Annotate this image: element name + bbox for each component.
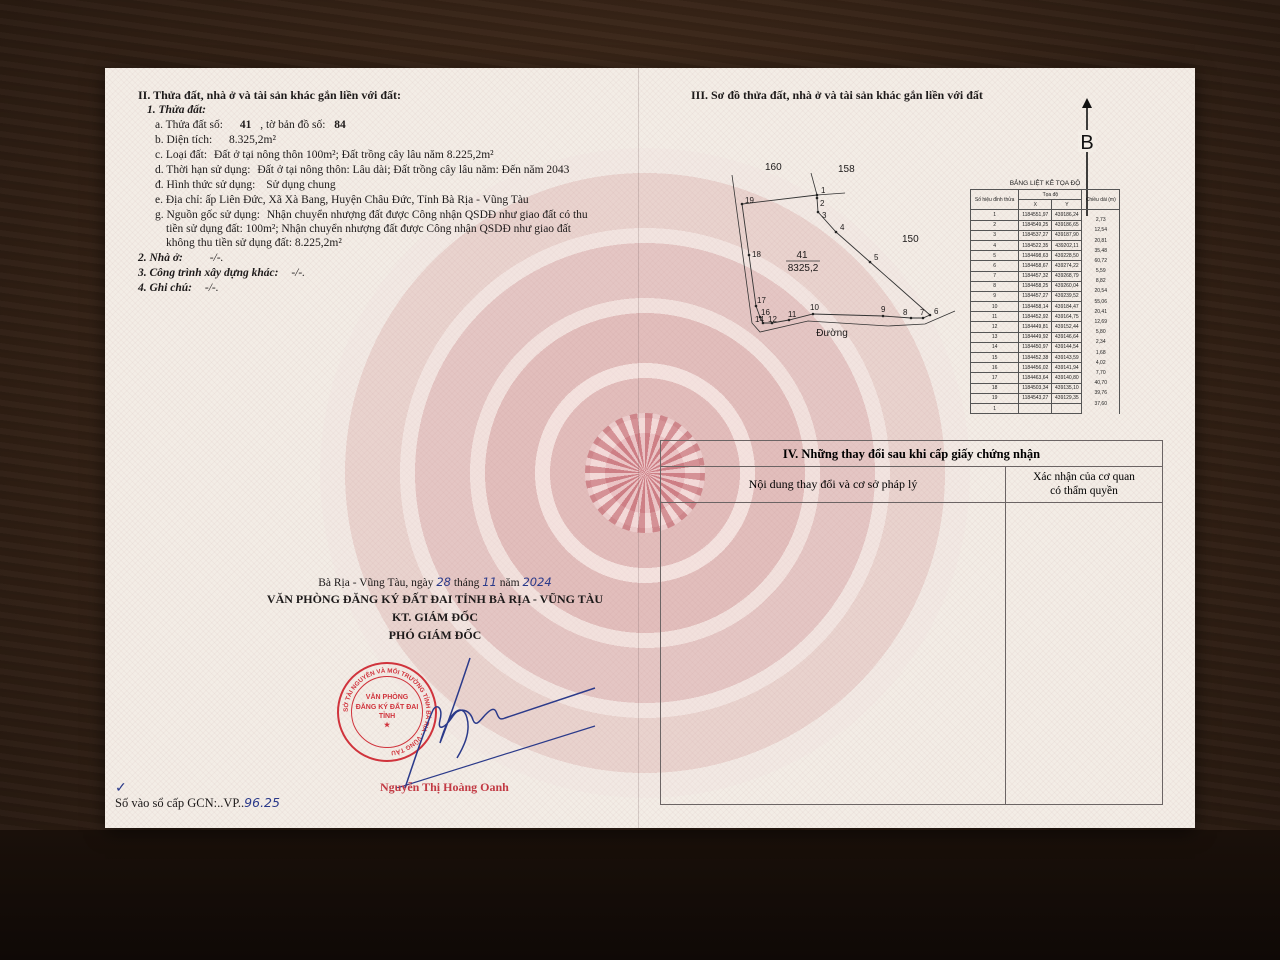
- coordinate-table-grid: Số hiệu đỉnh thửaTọa độChiều dài (m)XY11…: [970, 189, 1120, 414]
- issue-month: 11: [482, 575, 497, 589]
- signer-role: PHÓ GIÁM ĐỐC: [225, 628, 645, 643]
- svg-text:4: 4: [840, 223, 845, 232]
- usage-form-line: đ. Hình thức sử dụng: Sử dụng chung: [155, 179, 336, 193]
- svg-text:B: B: [1080, 132, 1093, 154]
- svg-text:158: 158: [838, 164, 855, 175]
- svg-text:7: 7: [920, 308, 925, 317]
- land-heading: 1. Thửa đất:: [147, 104, 206, 118]
- on-behalf-title: KT. GIÁM ĐỐC: [225, 610, 645, 625]
- house-line: 2. Nhà ở: -/-.: [138, 252, 223, 266]
- registry-number: 96.25: [244, 795, 280, 810]
- place-date: Bà Rịa - Vũng Tàu, ngày 28 tháng 11 năm …: [225, 575, 645, 589]
- svg-text:6: 6: [934, 307, 939, 316]
- coordinate-table-title: BẢNG LIỆT KÊ TỌA ĐỘ: [970, 180, 1120, 187]
- parcel-number: 41: [240, 119, 252, 131]
- origin-text-1: Nhận chuyển nhượng đất được Công nhận QS…: [267, 209, 588, 221]
- svg-text:18: 18: [752, 250, 761, 259]
- svg-text:8: 8: [903, 308, 908, 317]
- svg-text:9: 9: [881, 305, 886, 314]
- area-value: 8.325,2m²: [229, 134, 276, 146]
- origin-line-1: g. Nguồn gốc sử dụng: Nhận chuyển nhượng…: [155, 209, 588, 223]
- svg-text:Đường: Đường: [816, 328, 848, 339]
- map-sheet-number: 84: [334, 119, 346, 131]
- svg-text:1: 1: [821, 186, 826, 195]
- usage-form-value: Sử dụng chung: [266, 179, 335, 191]
- authority-confirmation-header: Xác nhận của cơ quancó thẩm quyền: [1006, 467, 1162, 502]
- issue-day: 28: [436, 575, 451, 589]
- signer-name: Nguyễn Thị Hoàng Oanh: [380, 780, 509, 795]
- parcel-diagram-svg: 1234567891011121416171819160158150418325…: [730, 158, 960, 348]
- land-type-label: c. Loại đất:: [155, 149, 207, 161]
- changes-table-body: [661, 503, 1162, 804]
- section2-title: II. Thửa đất, nhà ở và tài sản khác gắn …: [138, 88, 401, 102]
- coordinate-table: BẢNG LIỆT KÊ TỌA ĐỘ Số hiệu đỉnh thửaTọa…: [970, 180, 1120, 414]
- term-line: d. Thời hạn sử dụng: Đất ở tại nông thôn…: [155, 164, 569, 178]
- changes-table: IV. Những thay đổi sau khi cấp giấy chứn…: [660, 440, 1163, 805]
- svg-text:19: 19: [745, 196, 754, 205]
- address-line: e. Địa chỉ: ấp Liên Đức, Xã Xà Bang, Huy…: [155, 194, 529, 208]
- authority-header-line-2: có thẩm quyền: [1050, 485, 1118, 497]
- svg-text:150: 150: [902, 234, 919, 245]
- house-value: -/-.: [210, 252, 224, 264]
- registry-label: Số vào sổ cấp GCN:..VP..: [115, 796, 244, 810]
- other-works-line: 3. Công trình xây dựng khác: -/-.: [138, 267, 305, 281]
- notes-value: -/-.: [205, 282, 219, 294]
- svg-text:11: 11: [788, 310, 797, 319]
- signing-block: Bà Rịa - Vũng Tàu, ngày 28 tháng 11 năm …: [225, 575, 645, 643]
- svg-text:8325,2: 8325,2: [788, 263, 819, 274]
- issue-year: 2024: [522, 575, 551, 589]
- month-label: tháng: [454, 577, 480, 589]
- area-label: b. Diện tích:: [155, 134, 212, 146]
- place-date-prefix: Bà Rịa - Vũng Tàu, ngày: [318, 577, 433, 589]
- land-type-line: c. Loại đất: Đất ở tại nông thôn 100m²; …: [155, 149, 494, 163]
- land-type-value: Đất ở tại nông thôn 100m²; Đất trồng cây…: [214, 149, 494, 161]
- parcel-label: a. Thửa đất số:: [155, 119, 223, 131]
- land-certificate-sheet: II. Thửa đất, nhà ở và tài sản khác gắn …: [105, 68, 1195, 828]
- changes-table-header: Nội dung thay đổi và cơ sở pháp lý Xác n…: [661, 467, 1162, 503]
- parcel-diagram: 1234567891011121416171819160158150418325…: [730, 158, 960, 348]
- authority-confirmation-cell: [1006, 503, 1162, 804]
- usage-form-label: đ. Hình thức sử dụng:: [155, 179, 255, 191]
- house-label: 2. Nhà ở:: [138, 252, 183, 264]
- y-header: Y: [1052, 200, 1082, 210]
- table-shadow: [0, 830, 1280, 960]
- section3-title: III. Sơ đồ thửa đất, nhà ở và tài sản kh…: [691, 88, 983, 102]
- changes-content-header: Nội dung thay đổi và cơ sở pháp lý: [661, 467, 1006, 502]
- svg-text:41: 41: [796, 250, 808, 261]
- parcel-line: a. Thửa đất số: 41 , tờ bản đồ số: 84: [155, 119, 346, 133]
- authority-header-line-1: Xác nhận của cơ quan: [1033, 471, 1135, 483]
- registry-number-line: Số vào sổ cấp GCN:..VP..96.25: [115, 795, 280, 811]
- svg-text:16: 16: [761, 308, 770, 317]
- svg-text:10: 10: [810, 303, 819, 312]
- vertex-header: Số hiệu đỉnh thửa: [971, 190, 1019, 210]
- year-label: năm: [500, 577, 520, 589]
- origin-label: g. Nguồn gốc sử dụng:: [155, 209, 260, 221]
- notes-line: 4. Ghi chú: -/-.: [138, 282, 219, 296]
- map-sheet-label: , tờ bản đồ số:: [260, 119, 325, 131]
- x-header: X: [1019, 200, 1052, 210]
- issuing-office: VĂN PHÒNG ĐĂNG KÝ ĐẤT ĐAI TỈNH BÀ RỊA - …: [225, 592, 645, 607]
- notes-label: 4. Ghi chú:: [138, 282, 192, 294]
- term-label: d. Thời hạn sử dụng:: [155, 164, 250, 176]
- svg-text:5: 5: [874, 253, 879, 262]
- changes-content-cell: [661, 503, 1006, 804]
- other-works-value: -/-.: [291, 267, 305, 279]
- origin-line-3: không thu tiền sử dụng đất: 8.225,2m²: [166, 237, 342, 251]
- origin-line-2: tiền sử dụng đất: 100m²; Nhận chuyển như…: [166, 223, 571, 237]
- svg-text:160: 160: [765, 162, 782, 173]
- coords-header: Tọa độ: [1019, 190, 1082, 200]
- svg-text:2: 2: [820, 199, 825, 208]
- area-line: b. Diện tích: 8.325,2m²: [155, 134, 276, 148]
- svg-text:17: 17: [757, 296, 766, 305]
- page-fold: [638, 68, 639, 828]
- other-works-label: 3. Công trình xây dựng khác:: [138, 267, 278, 279]
- term-value: Đất ở tại nông thôn: Lâu dài; Đất trồng …: [257, 164, 569, 176]
- svg-text:3: 3: [822, 211, 827, 220]
- table-row: 137,60: [971, 403, 1120, 413]
- handwritten-signature: [345, 648, 605, 788]
- section4-title: IV. Những thay đổi sau khi cấp giấy chứn…: [661, 441, 1162, 467]
